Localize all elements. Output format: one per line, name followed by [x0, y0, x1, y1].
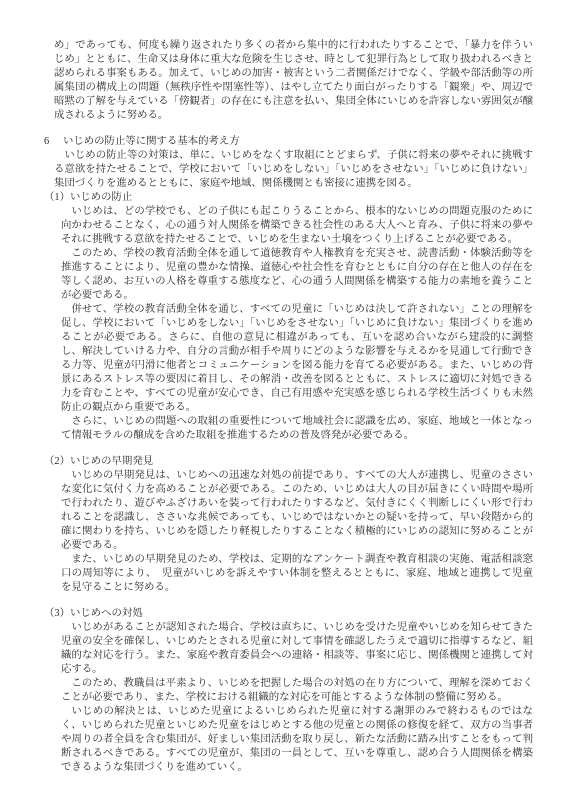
subsection-label-1: （1） — [44, 192, 70, 203]
paragraph: また、いじめの早期発見のため、学校は、定期的なアンケート調査や教育相談の実施、電… — [61, 553, 533, 595]
section-number: 6 — [44, 135, 63, 149]
section-lead-paragraph: いじめの防止等の対策は、単に、いじめをなくす取組にとどまらず、子供に将来の夢やそ… — [54, 149, 533, 191]
subsection-heading-2: （2）いじめの早期発見 — [44, 455, 533, 469]
paragraph: 併せて、学校の教育活動全体を通じ、すべての児童に「いじめは決して許されない」こと… — [61, 303, 533, 415]
subsection-prevention: （1）いじめの防止 いじめは、どの学校でも、どの子供にも起こりうることから、根本… — [44, 191, 533, 443]
paragraph: いじめがあることが認知された場合、学校は直ちに、いじめを受けた児童やいじめを知ら… — [61, 621, 533, 677]
subsection-heading-3: （3）いじめへの対処 — [44, 607, 533, 621]
subsection-response: （3）いじめへの対処 いじめがあることが認知された場合、学校は直ちに、いじめを受… — [44, 607, 533, 775]
subsection-title-3: いじめへの対処 — [70, 608, 143, 619]
document-page: め」であっても、何度も繰り返されたり多くの者から集中的に行われたりすることで、「… — [0, 0, 566, 800]
subsection-title-1: いじめの防止 — [70, 192, 132, 203]
subsection-title-2: いじめの早期発見 — [70, 456, 153, 467]
paragraph: いじめの早期発見は、いじめへの迅速な対処の前提であり、すべての大人が連携し、児童… — [61, 469, 533, 553]
paragraph: このため、学校の教育活動全体を通して道徳教育や人権教育を充実させ、読書活動・体験… — [61, 247, 533, 303]
paragraph: いじめは、どの学校でも、どの子供にも起こりうることから、根本的ないじめの問題克服… — [61, 205, 533, 247]
paragraph: いじめの解決とは、いじめた児童によるいじめられた児童に対する謝罪のみで終わるもの… — [61, 705, 533, 775]
continuation-paragraph: め」であっても、何度も繰り返されたり多くの者から集中的に行われたりすることで、「… — [54, 39, 533, 123]
subsection-early-detection: （2）いじめの早期発見 いじめの早期発見は、いじめへの迅速な対処の前提であり、す… — [44, 455, 533, 595]
subsection-label-3: （3） — [44, 608, 70, 619]
subsection-heading-1: （1）いじめの防止 — [44, 191, 533, 205]
section-title: いじめの防止等に関する基本的考え方 — [63, 135, 240, 149]
paragraph: このため、教職員は平素より、いじめを把握した場合の対処の在り方について、理解を深… — [61, 677, 533, 705]
section-heading: 6 いじめの防止等に関する基本的考え方 — [44, 135, 533, 149]
subsection-label-2: （2） — [44, 456, 70, 467]
paragraph: さらに、いじめの問題への取組の重要性について地域社会に認識を広め、家庭、地域と一… — [61, 415, 533, 443]
